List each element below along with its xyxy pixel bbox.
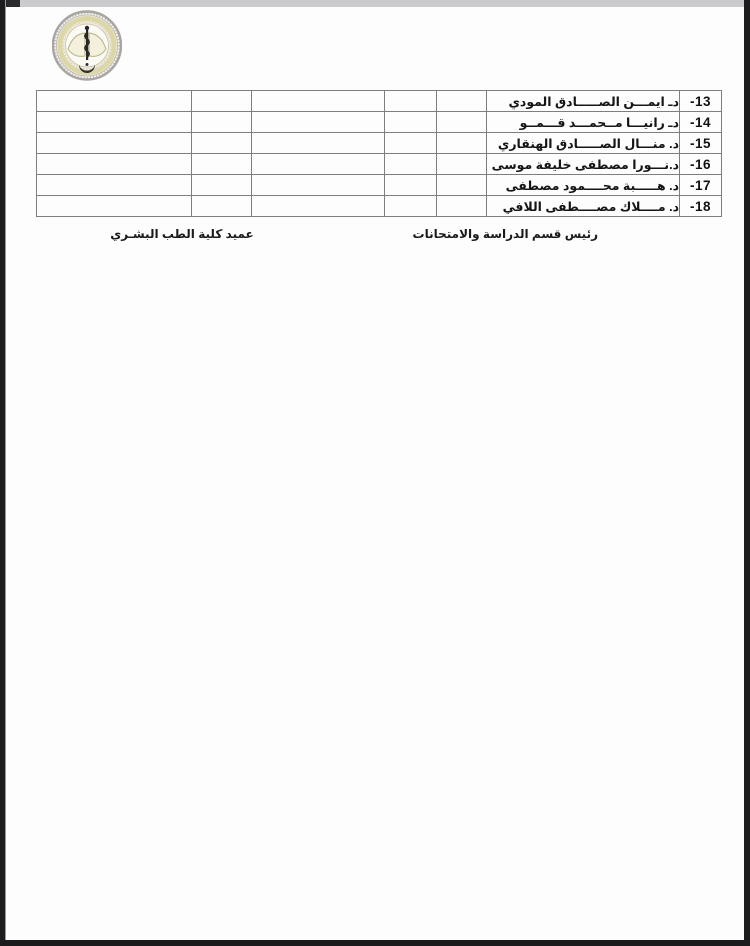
row-number: -15	[680, 133, 722, 154]
empty-cell	[385, 196, 437, 217]
table-row: د. منـــال الصـــــادق الهنقاري -15	[37, 133, 722, 154]
lecturer-name: د. منـــال الصـــــادق الهنقاري	[487, 133, 680, 154]
lecturer-name: د. هـــــبة محــــمود مصطفى	[487, 175, 680, 196]
empty-cell	[437, 196, 487, 217]
table-row: دـ رانيـــا مــحمـــد قـــمــو -14	[37, 112, 722, 133]
lecturer-name: دـ ايمـــن الصـــــادق المودي	[487, 91, 680, 112]
empty-cell	[37, 175, 192, 196]
empty-cell	[252, 112, 385, 133]
scan-edge-left	[0, 0, 6, 946]
faculty-roster-table: دـ ايمـــن الصـــــادق المودي -13 دـ ران…	[36, 90, 722, 217]
empty-cell	[385, 154, 437, 175]
empty-cell	[192, 91, 252, 112]
table-row: د.نـــورا مصطفى خليفة موسى -16	[37, 154, 722, 175]
table-row: دـ ايمـــن الصـــــادق المودي -13	[37, 91, 722, 112]
row-number: -18	[680, 196, 722, 217]
empty-cell	[437, 112, 487, 133]
empty-cell	[192, 154, 252, 175]
empty-cell	[252, 196, 385, 217]
empty-cell	[192, 112, 252, 133]
medical-college-seal-logo	[52, 9, 122, 82]
empty-cell	[385, 175, 437, 196]
empty-cell	[437, 91, 487, 112]
empty-cell	[37, 154, 192, 175]
scan-edge-bottom	[0, 940, 750, 946]
empty-cell	[37, 196, 192, 217]
empty-cell	[385, 133, 437, 154]
empty-cell	[437, 133, 487, 154]
row-number: -13	[680, 91, 722, 112]
scan-edge-top	[0, 0, 750, 7]
lecturer-name: دـ رانيـــا مــحمـــد قـــمــو	[487, 112, 680, 133]
empty-cell	[252, 133, 385, 154]
signature-dean-of-medicine: عميد كلية الطب البشـري	[104, 227, 260, 241]
empty-cell	[437, 175, 487, 196]
empty-cell	[252, 175, 385, 196]
scan-edge-corner-mark	[4, 0, 20, 7]
empty-cell	[37, 91, 192, 112]
lecturer-name: د. مــــلاك مصــــطفى اللافي	[487, 196, 680, 217]
empty-cell	[437, 154, 487, 175]
empty-cell	[192, 133, 252, 154]
scanned-document-page: دـ ايمـــن الصـــــادق المودي -13 دـ ران…	[0, 0, 750, 946]
signature-head-of-studies: رئيس قسم الدراسة والامتحانات	[438, 227, 598, 241]
empty-cell	[385, 91, 437, 112]
lecturer-name: د.نـــورا مصطفى خليفة موسى	[487, 154, 680, 175]
empty-cell	[37, 112, 192, 133]
empty-cell	[192, 196, 252, 217]
row-number: -17	[680, 175, 722, 196]
row-number: -16	[680, 154, 722, 175]
scan-edge-right	[744, 0, 750, 946]
table-row: د. مــــلاك مصــــطفى اللافي -18	[37, 196, 722, 217]
empty-cell	[37, 133, 192, 154]
table-row: د. هـــــبة محــــمود مصطفى -17	[37, 175, 722, 196]
empty-cell	[252, 154, 385, 175]
empty-cell	[385, 112, 437, 133]
seal-icon	[52, 9, 122, 82]
row-number: -14	[680, 112, 722, 133]
empty-cell	[252, 91, 385, 112]
empty-cell	[192, 175, 252, 196]
